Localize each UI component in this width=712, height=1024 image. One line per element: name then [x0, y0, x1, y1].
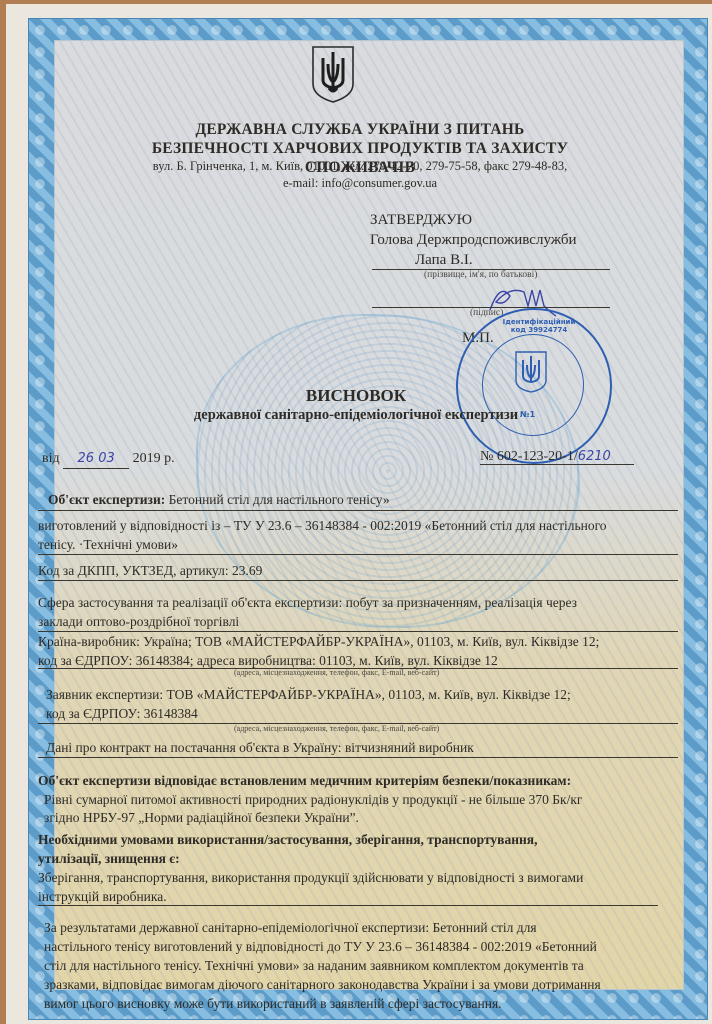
applicant-line1: Заявник експертизи: ТОВ «МАЙСТЕРФАЙБР-УК…	[46, 685, 571, 704]
divider	[38, 510, 678, 511]
conclusion-line4: зразками, відповідає вимогам діючого сан…	[44, 975, 601, 994]
date-year: 2019 р.	[133, 451, 175, 466]
criteria-line1: Рівні сумарної питомої активності природ…	[44, 790, 582, 809]
conditions-line1: Зберігання, транспортування, використанн…	[38, 868, 583, 887]
approver-name: Лапа В.І.	[370, 250, 577, 270]
agency-name-line1: ДЕРЖАВНА СЛУЖБА УКРАЇНИ З ПИТАНЬ	[100, 120, 620, 139]
date-row: від 26 03 2019 р.	[42, 449, 175, 469]
conclusion-line3: стіл для настільного тенісу. Технічні ум…	[44, 956, 584, 975]
divider	[38, 580, 678, 581]
date-handwritten: 26 03	[63, 449, 129, 469]
approver-position: Голова Держпродспоживслужби	[370, 230, 577, 250]
date-prefix: від	[42, 451, 60, 466]
applicant-line2: код за ЄДРПОУ: 36148384	[46, 704, 198, 723]
divider	[38, 554, 678, 555]
object-row: Об'єкт експертизи: Бетонний стіл для нас…	[48, 490, 390, 509]
agency-address: вул. Б. Грінченка, 1, м. Київ, 01001, те…	[100, 158, 620, 174]
object-value: Бетонний стіл для настільного тенісу»	[169, 492, 390, 507]
divider	[38, 905, 658, 906]
object-label: Об'єкт експертизи:	[48, 492, 165, 507]
conclusion-line1: За результатами державної санітарно-епід…	[44, 918, 537, 937]
code-value: 23.69	[232, 563, 262, 578]
agency-email: e-mail: info@consumer.gov.ua	[100, 175, 620, 191]
conditions-heading-line2: утилізації, знищення є:	[38, 849, 180, 868]
criteria-line2: згідно НРБУ-97 „Норми радіаційної безпек…	[44, 808, 359, 827]
code-label: Код за ДКПП, УКТЗЕД, артикул:	[38, 563, 229, 578]
document-subtitle: державної санітарно-епідеміологічної екс…	[0, 407, 712, 424]
criteria-heading: Об'єкт експертизи відповідає встановлени…	[38, 771, 571, 790]
number-row: № 602-123-20-1/6210	[480, 449, 634, 465]
number-prefix: № 602-123-20-1/	[480, 449, 578, 465]
address-caption: (адреса, місцезнаходження, телефон, факс…	[234, 668, 439, 677]
contract-row: Дані про контракт на постачання об'єкта …	[46, 738, 474, 757]
stamp-outer-text: Ідентифікаційний код 39924774	[494, 318, 584, 334]
approval-block: ЗАТВЕРДЖУЮ Голова Держпродспоживслужби Л…	[370, 210, 577, 270]
conclusion-line5: вимог цього висновку може бути використа…	[44, 994, 502, 1013]
address-caption-2: (адреса, місцезнаходження, телефон, факс…	[234, 724, 439, 733]
manufactured-line1: виготовлений у відповідності із – ТУ У 2…	[38, 516, 607, 535]
conditions-heading-line1: Необхідними умовами використання/застосу…	[38, 830, 537, 849]
divider	[38, 757, 678, 758]
scope-line1: Сфера застосування та реалізації об'єкта…	[38, 593, 577, 612]
document-title: ВИСНОВОК	[0, 386, 712, 406]
approve-label: ЗАТВЕРДЖУЮ	[370, 210, 577, 230]
country-line1: Країна-виробник: Україна; ТОВ «МАЙСТЕРФА…	[38, 632, 599, 651]
manufactured-line2: тенісу. ·Технічні умови»	[38, 535, 178, 554]
conclusion-line2: настільного тенісу виготовлений у відпов…	[44, 937, 597, 956]
trident-coat-of-arms-icon	[310, 44, 356, 104]
number-handwritten: 6210	[578, 449, 634, 465]
code-row: Код за ДКПП, УКТЗЕД, артикул: 23.69	[38, 561, 262, 580]
conditions-line2: інструкцій виробника.	[38, 887, 167, 906]
scope-line2: заклади оптово-роздрібної торгівлі	[38, 612, 239, 631]
